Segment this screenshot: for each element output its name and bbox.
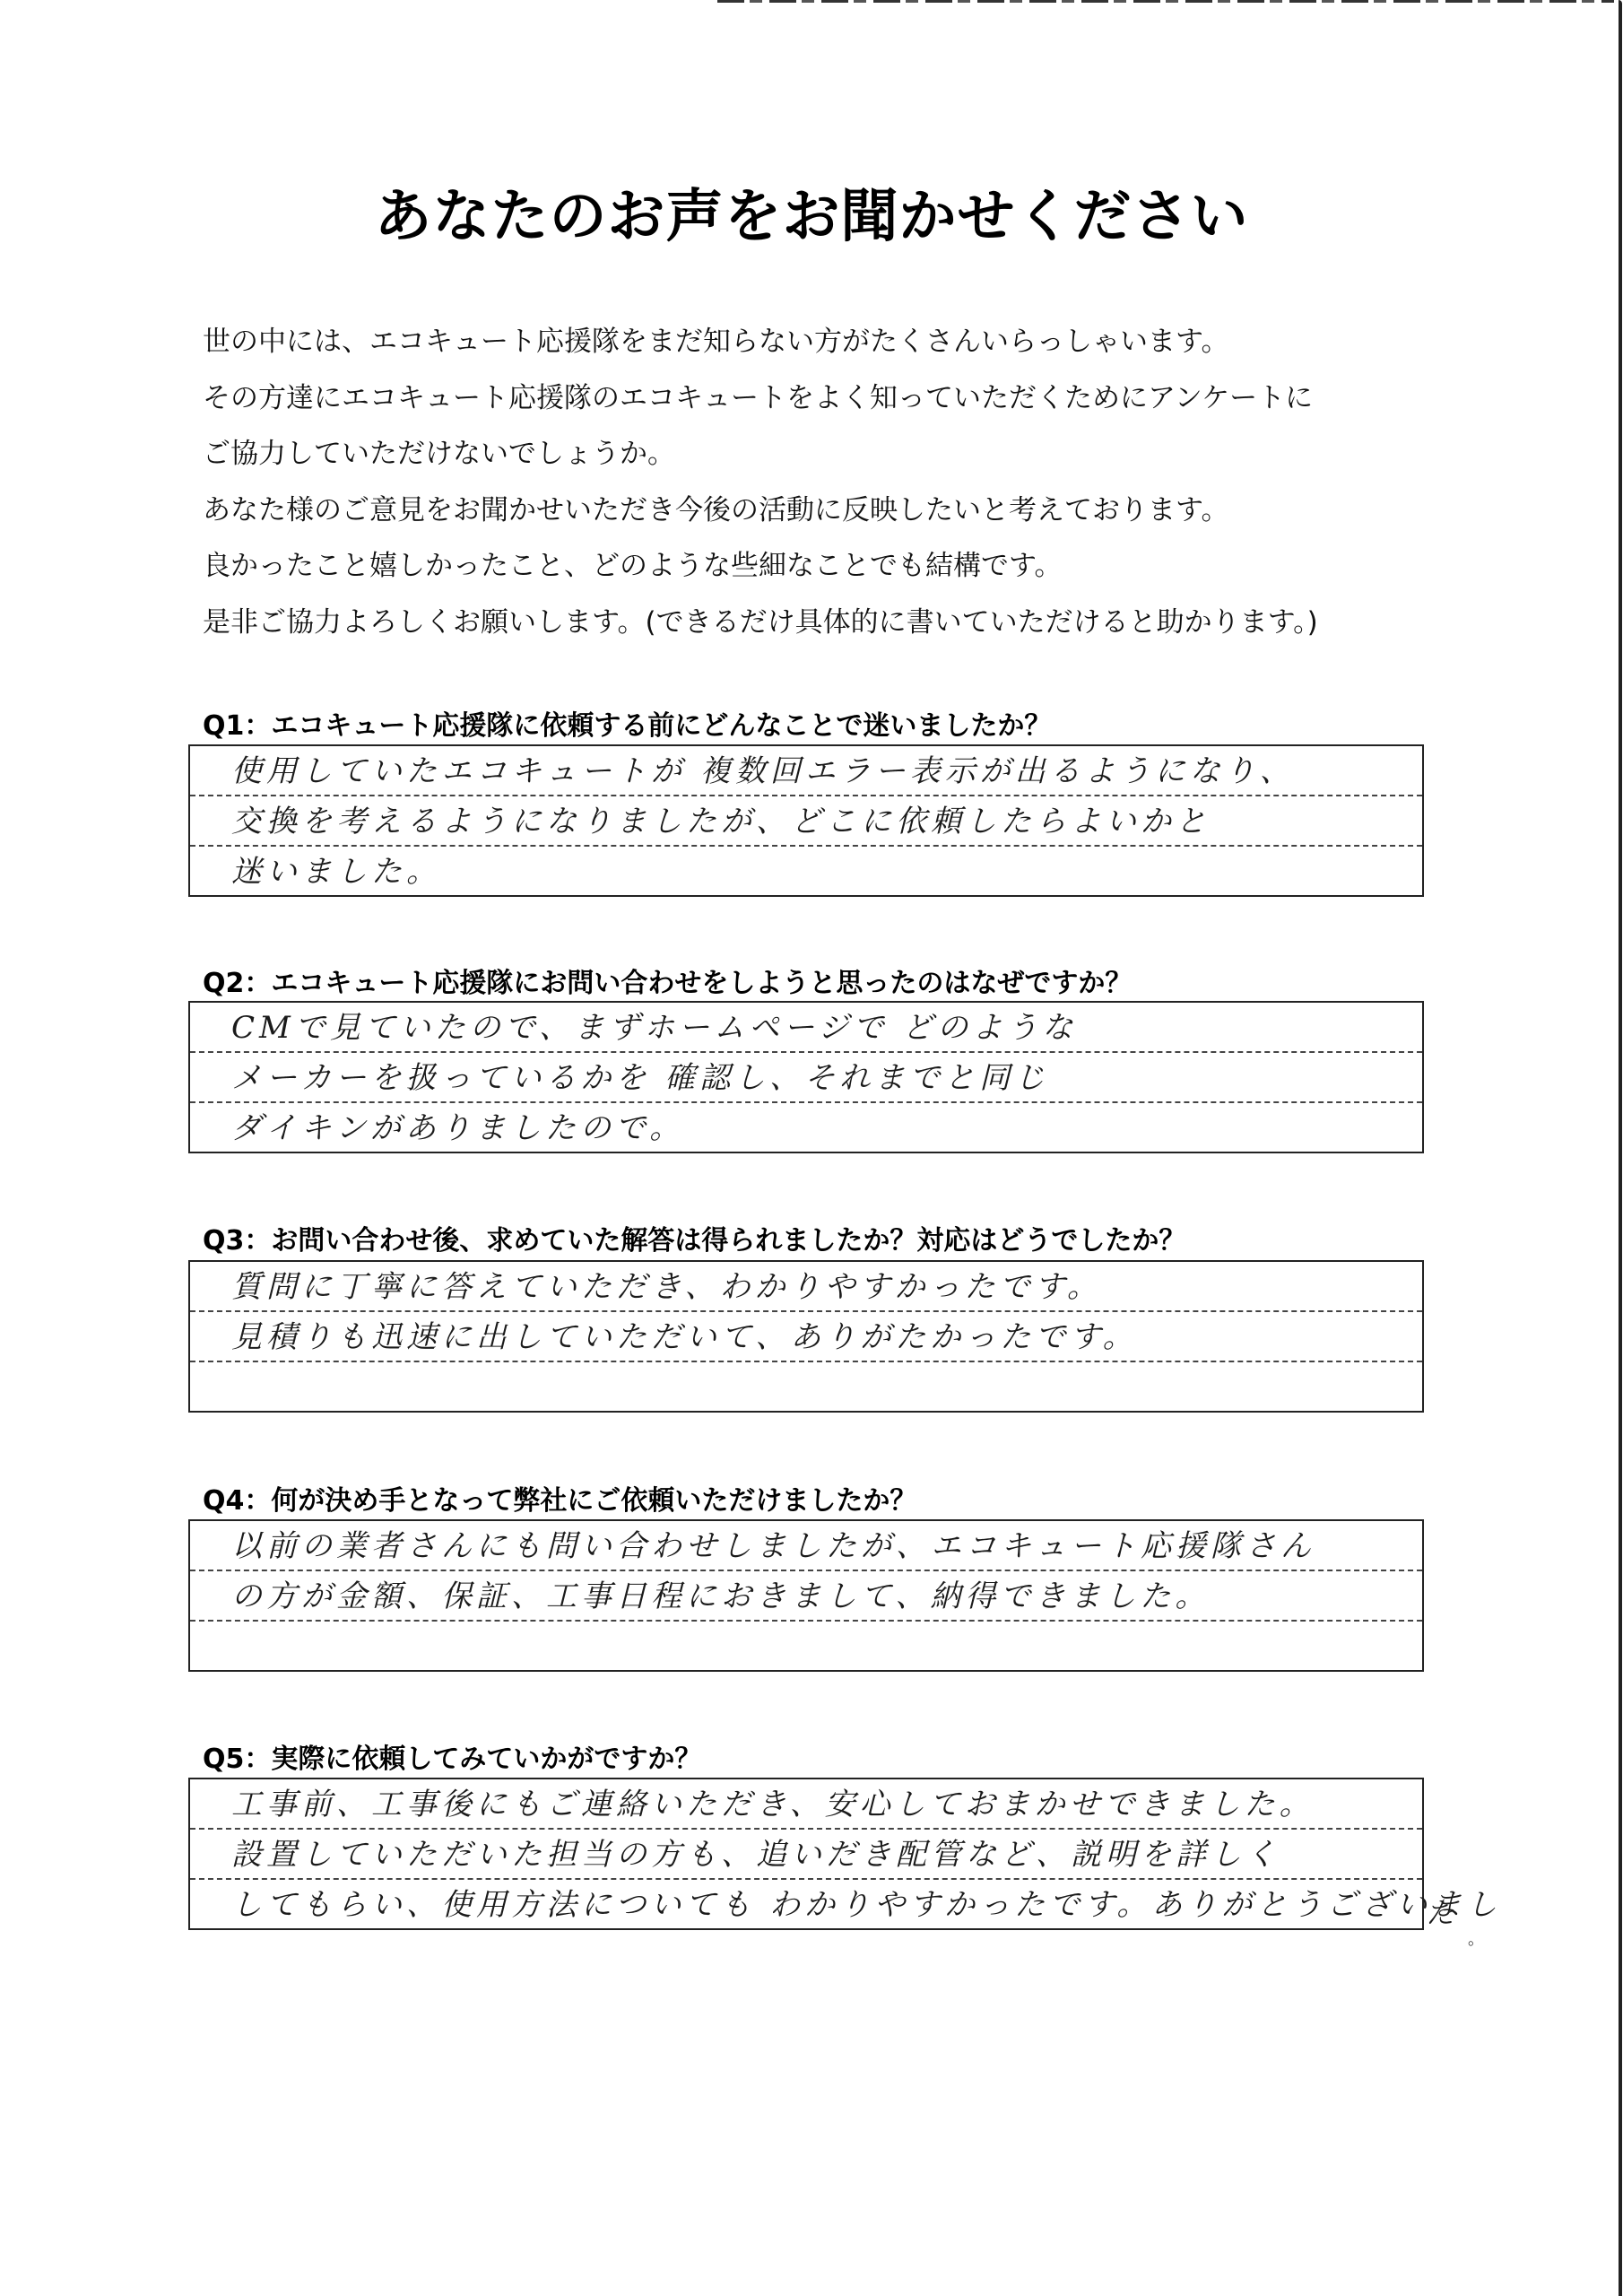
- question-4-label: Q4：何が決め手となって弊社にご依頼いただけましたか？: [203, 1478, 916, 1518]
- scan-page-right-edge: [1619, 0, 1622, 2296]
- answer-5-overflow-text: た: [1426, 1891, 1454, 1932]
- scan-page-top-edge: [717, 0, 1614, 3]
- question-1-label: Q1：エコキュート応援隊に依頼する前にどんなことで迷いましたか？: [203, 703, 1051, 743]
- answer-4-line: 以前の業者さんにも問い合わせしましたが、エコキュート応援隊さん: [190, 1521, 1422, 1571]
- question-5-label: Q5：実際に依頼してみていかがですか？: [203, 1736, 701, 1776]
- answer-2-line: ダイキンがありましたので。: [190, 1103, 1422, 1153]
- intro-line: あなた様のご意見をお聞かせいただき今後の活動に反映したいと考えております。: [203, 483, 1476, 539]
- answer-3-line: 見積りも迅速に出していただいて、ありがたかったです。: [190, 1312, 1422, 1362]
- answer-4-line: [190, 1622, 1422, 1672]
- answer-1-line: 交換を考えるようになりましたが、どこに依頼したらよいかと: [190, 796, 1422, 847]
- intro-line: 良かったこと嬉しかったこと、どのような些細なことでも結構です。: [203, 538, 1476, 595]
- answer-3-line: [190, 1362, 1422, 1413]
- answer-4-box: 以前の業者さんにも問い合わせしましたが、エコキュート応援隊さん の方が金額、保証…: [188, 1519, 1424, 1672]
- answer-3-box: 質問に丁寧に答えていただき、わかりやすかったです。 見積りも迅速に出していただい…: [188, 1260, 1424, 1413]
- intro-line: その方達にエコキュート応援隊のエコキュートをよく知っていただくためにアンケートに: [203, 370, 1476, 427]
- intro-line: 是非ご協力よろしくお願いします。(できるだけ具体的に書いていただけると助かります…: [203, 595, 1476, 651]
- page-title: あなたのお声をお聞かせください: [0, 170, 1623, 253]
- answer-5-line: 設置していただいた担当の方も、追いだき配管など、説明を詳しく: [190, 1830, 1422, 1880]
- answer-2-line: メーカーを扱っているかを 確認し、それまでと同じ: [190, 1053, 1422, 1103]
- intro-line: 世の中には、エコキュート応援隊をまだ知らない方がたくさんいらっしゃいます。: [203, 314, 1476, 370]
- intro-paragraph: 世の中には、エコキュート応援隊をまだ知らない方がたくさんいらっしゃいます。 その…: [203, 314, 1476, 650]
- question-2-label: Q2：エコキュート応援隊にお問い合わせをしようと思ったのはなぜですか？: [203, 961, 1132, 1000]
- answer-1-line: 迷いました。: [190, 847, 1422, 897]
- answer-5-box: 工事前、工事後にもご連絡いただき、安心しておまかせできました。 設置していただい…: [188, 1778, 1424, 1930]
- answer-5-line: してもらい、使用方法についても わかりやすかったです。ありがとうございまし: [190, 1880, 1422, 1930]
- answer-4-line: の方が金額、保証、工事日程におきまして、納得できました。: [190, 1571, 1422, 1622]
- answer-3-line: 質問に丁寧に答えていただき、わかりやすかったです。: [190, 1262, 1422, 1312]
- answer-5-line: 工事前、工事後にもご連絡いただき、安心しておまかせできました。: [190, 1779, 1422, 1830]
- question-3-label: Q3：お問い合わせ後、求めていた解答は得られましたか？対応はどうでしたか？: [203, 1218, 1185, 1257]
- answer-2-line: CMで見ていたので、まずホームページで どのような: [190, 1003, 1422, 1053]
- answer-5-overflow-mark: 。: [1468, 1926, 1484, 1950]
- answer-2-box: CMで見ていたので、まずホームページで どのような メーカーを扱っているかを 確…: [188, 1001, 1424, 1153]
- answer-1-line: 使用していたエコキュートが 複数回エラー表示が出るようになり、: [190, 746, 1422, 796]
- intro-line: ご協力していただけないでしょうか。: [203, 426, 1476, 483]
- answer-1-box: 使用していたエコキュートが 複数回エラー表示が出るようになり、 交換を考えるよう…: [188, 744, 1424, 897]
